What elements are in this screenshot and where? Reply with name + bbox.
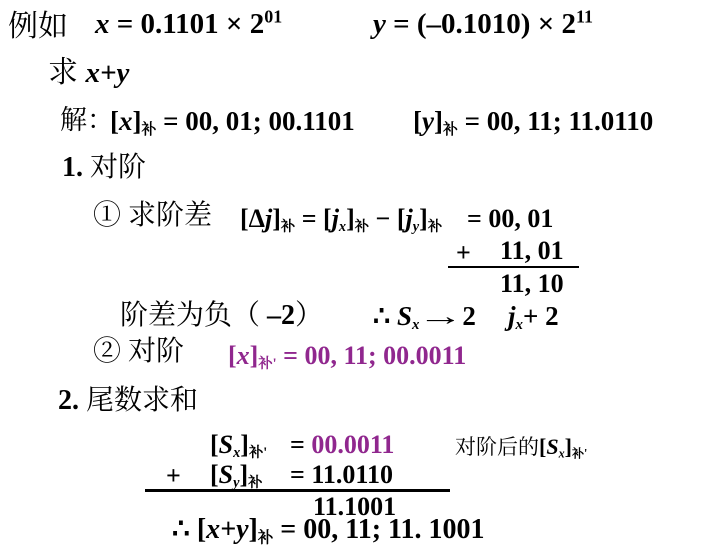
rbracket: ] — [272, 204, 281, 233]
minus: − — [369, 204, 397, 233]
lbracket: [ — [197, 514, 206, 545]
exponent-diff-formula: [Δj]补 = [jx]补 − [jy]补 — [240, 204, 442, 234]
sx-variable: S — [397, 301, 412, 331]
jx-variable: j — [332, 204, 339, 233]
shift-conclusion: ∴ Sx→2 — [373, 301, 476, 332]
y-value: = (–0.1010) × 2 — [386, 8, 576, 40]
lbracket: [ — [110, 106, 119, 136]
complement-prime-subscript: 补' — [258, 356, 276, 372]
jx-variable: j — [508, 301, 516, 331]
complement-subscript: 补 — [443, 122, 458, 138]
substep2-label: ② 对阶 — [93, 336, 184, 368]
aligned-note-formula: [Sx]补' — [539, 434, 587, 459]
y-complement: [y]补 = 00, 11; 11.0110 — [413, 106, 653, 137]
complement-subscript: 补 — [281, 219, 295, 235]
solve-label: 解： — [60, 105, 114, 136]
x-variable: x — [237, 341, 250, 370]
rbracket: ] — [565, 434, 572, 459]
rbracket: ] — [346, 204, 355, 233]
y-variable: y — [422, 106, 434, 136]
step2-heading: 2. 尾数求和 — [58, 385, 198, 417]
y-definition: y = (–0.1010) × 211 — [373, 8, 593, 41]
x-complement: [x]补 = 00, 01; 00.1101 — [110, 106, 355, 137]
increment-value: + 2 — [523, 301, 559, 331]
negative-note-text: 阶差为负（ — [120, 300, 260, 331]
ask-expression: x+y — [86, 57, 130, 89]
lbracket: [ — [240, 204, 249, 233]
sx-mantissa-value: 00.0011 — [311, 430, 394, 459]
equals: = — [290, 430, 311, 459]
ask-label: 求 — [48, 56, 86, 89]
shift-amount: 2 — [462, 301, 476, 331]
sx-mantissa-value-line: = 00.0011 — [290, 430, 394, 460]
rbracket: ] — [240, 460, 249, 489]
ask-line: 求 x+y — [48, 56, 129, 91]
right-arrow: → — [418, 301, 464, 332]
y-variable: y — [373, 8, 386, 40]
sx-mantissa: [Sx]补' — [210, 430, 267, 460]
sy-mantissa: [Sy]补 — [210, 460, 262, 490]
addition-sum: 11, 10 — [500, 269, 564, 299]
substep1-text: 求阶差 — [128, 200, 212, 231]
delta: Δ — [249, 204, 265, 233]
x-exponent: 01 — [264, 6, 282, 26]
close-paren: ） — [295, 300, 323, 331]
equals: = — [295, 204, 323, 233]
complement-subscript: 补 — [258, 529, 273, 546]
diff-result: = 00, 01 — [467, 204, 553, 234]
step1-number: 1. — [62, 152, 90, 183]
aligned-x-complement: [x]补' = 00, 11; 00.0011 — [228, 341, 466, 371]
step2-title: 尾数求和 — [86, 385, 198, 416]
addition-operand: 11, 01 — [500, 236, 564, 266]
complement-subscript: 补 — [428, 219, 442, 235]
y-complement-value: = 00, 11; 11.0110 — [458, 106, 653, 136]
lbracket: [ — [323, 204, 332, 233]
complement-subscript: 补 — [355, 219, 369, 235]
x-value: = 0.1101 × 2 — [110, 8, 265, 40]
lbracket: [ — [210, 460, 219, 489]
aligned-note: 对阶后的[Sx]补' — [455, 434, 587, 459]
lbracket: [ — [413, 106, 422, 136]
addition-rule — [448, 266, 579, 268]
x-definition: x = 0.1101 × 201 — [95, 8, 282, 41]
jx-subscript: x — [516, 317, 523, 333]
slide: 例如 x = 0.1101 × 201 y = (–0.1010) × 211 … — [0, 0, 709, 552]
y-exponent: 11 — [576, 6, 593, 26]
complement-prime-subscript: 补' — [572, 446, 587, 460]
therefore-symbol: ∴ — [172, 514, 190, 545]
mantissa-sum-rule — [145, 489, 450, 492]
substep2-text: 对阶 — [128, 336, 184, 367]
jy-variable: j — [406, 204, 413, 233]
sy-variable: S — [219, 460, 233, 489]
sx-variable: S — [219, 430, 233, 459]
complement-subscript: 补 — [142, 122, 157, 138]
mantissa-plus: + — [166, 461, 181, 491]
x-variable: x — [119, 106, 133, 136]
result-expression: x+y — [206, 514, 248, 545]
rbracket: ] — [419, 204, 428, 233]
step1-title: 对阶 — [90, 152, 146, 183]
sy-mantissa-value: = 11.0110 — [290, 460, 393, 490]
lbracket: [ — [210, 430, 219, 459]
substep1-label: ① 求阶差 — [93, 200, 212, 232]
rbracket: ] — [434, 106, 443, 136]
rbracket: ] — [240, 430, 249, 459]
rbracket: ] — [249, 514, 258, 545]
result-value: = 00, 11; 11. 1001 — [273, 514, 484, 545]
exponent-increment: jx+ 2 — [508, 301, 559, 332]
lbracket: [ — [397, 204, 406, 233]
addition-plus: + — [456, 238, 471, 268]
circled-one: ① — [93, 200, 128, 231]
rbracket: ] — [133, 106, 142, 136]
jx-subscript: x — [339, 219, 346, 235]
x-variable: x — [95, 8, 110, 40]
negative-diff-note: 阶差为负（ –2） — [120, 300, 323, 332]
lbracket: [ — [228, 341, 237, 370]
negative-value: –2 — [260, 300, 295, 331]
step1-heading: 1. 对阶 — [62, 152, 146, 184]
sx-variable: S — [546, 434, 558, 459]
x-complement-value: = 00, 01; 00.1101 — [156, 106, 354, 136]
final-result: ∴ [x+y]补 = 00, 11; 11. 1001 — [172, 514, 484, 546]
therefore-symbol: ∴ — [373, 301, 390, 331]
complement-prime-subscript: 补' — [249, 445, 267, 461]
step2-number: 2. — [58, 385, 86, 416]
circled-two: ② — [93, 336, 128, 367]
example-label: 例如 — [8, 10, 68, 45]
aligned-note-text: 对阶后的 — [455, 435, 539, 459]
aligned-x-value: = 00, 11; 00.0011 — [277, 341, 467, 370]
